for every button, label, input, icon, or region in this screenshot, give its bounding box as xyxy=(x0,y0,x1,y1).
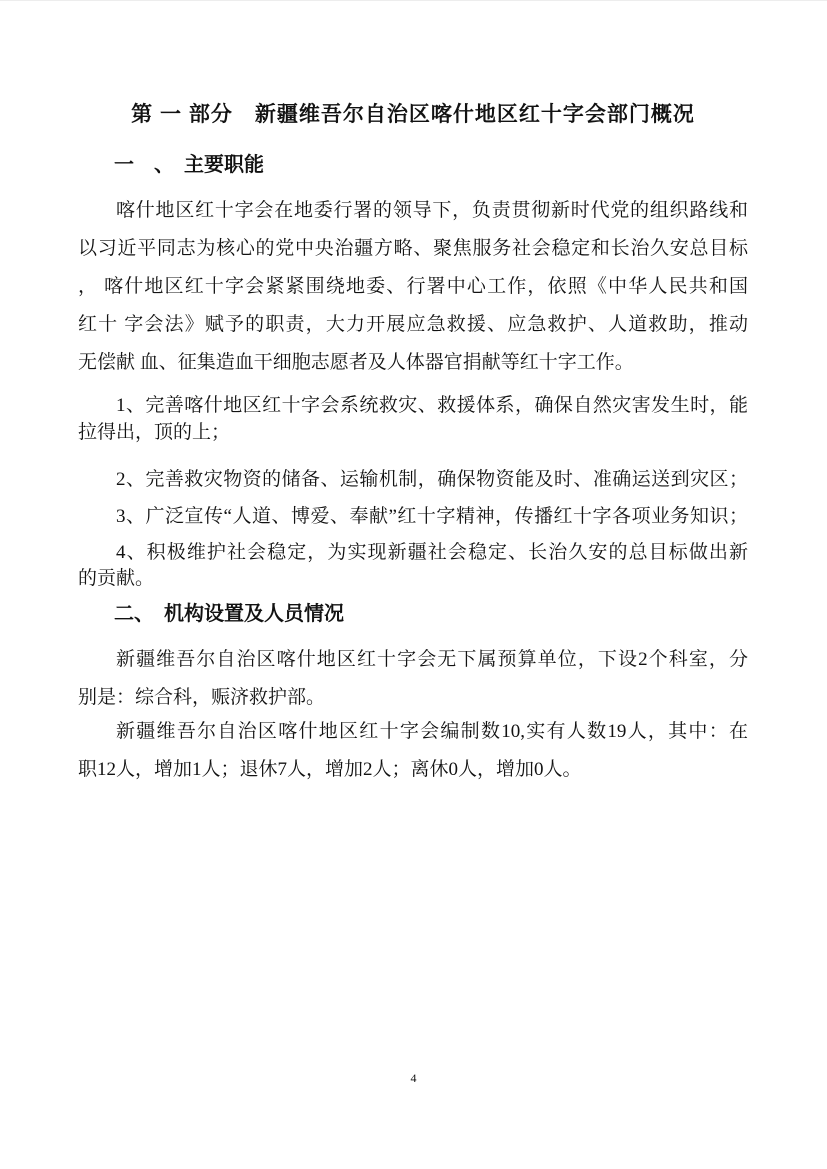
page-number: 4 xyxy=(0,1071,827,1085)
paragraph-line: ， 喀什地区红十字会紧紧围绕地委、行署中心工作，依照《中华人民共和国 xyxy=(78,273,748,300)
paragraph-line: 新疆维吾尔自治区喀什地区红十字会编制数10,实有人数19人，其中：在 xyxy=(78,718,748,745)
list-item-1-line: 拉得出，顶的上； xyxy=(78,419,748,446)
paragraph-line: 以习近平同志为核心的党中央治疆方略、聚焦服务社会稳定和长治久安总目标 xyxy=(78,235,748,262)
paragraph-line: 喀什地区红十字会在地委行署的领导下，负责贯彻新时代党的组织路线和 xyxy=(78,197,748,224)
list-item-1-line: 1、完善喀什地区红十字会系统救灾、救援体系，确保自然灾害发生时，能 xyxy=(78,392,748,419)
paragraph-line: 新疆维吾尔自治区喀什地区红十字会无下属预算单位，下设2个科室，分 xyxy=(78,646,748,673)
list-item-3-line: 3、广泛宣传“人道、博爱、奉献”红十字精神，传播红十字各项业务知识； xyxy=(78,503,748,530)
paragraph-line: 红十 字会法》赋予的职责，大力开展应急救援、应急救护、人道救助，推动 xyxy=(78,311,748,338)
section-heading-main-duties: 一 、 主要职能 xyxy=(78,152,748,178)
document-title: 第 一 部分 新疆维吾尔自治区喀什地区红十字会部门概况 xyxy=(78,101,748,128)
document-page: 第 一 部分 新疆维吾尔自治区喀什地区红十字会部门概况 一 、 主要职能 喀什地… xyxy=(0,0,827,1169)
paragraph-line: 职12人，增加1人；退休7人，增加2人；离休0人，增加0人。 xyxy=(78,756,748,783)
list-item-2-line: 2、完善救灾物资的储备、运输机制，确保物资能及时、准确运送到灾区； xyxy=(78,466,748,493)
list-item-4-line: 4、积极维护社会稳定，为实现新疆社会稳定、长治久安的总目标做出新 xyxy=(78,539,748,566)
paragraph-line: 无偿献 血、征集造血干细胞志愿者及人体器官捐献等红十字工作。 xyxy=(78,349,748,376)
section-heading-organization: 二、 机构设置及人员情况 xyxy=(78,601,748,627)
paragraph-line: 别是：综合科，赈济救护部。 xyxy=(78,684,748,711)
list-item-4-line: 的贡献。 xyxy=(78,565,748,592)
